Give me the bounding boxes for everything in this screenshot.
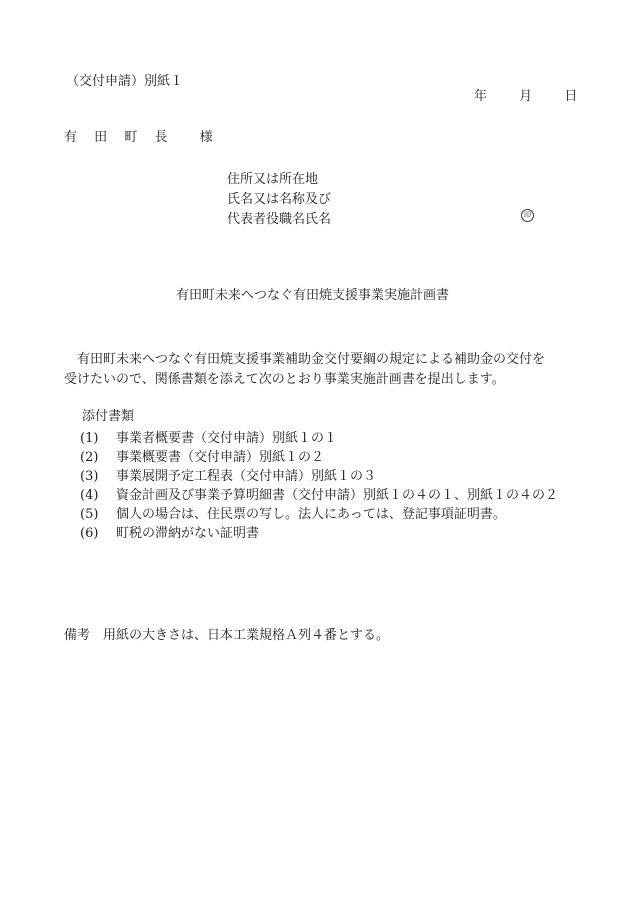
applicant-block: 住所又は所在地 氏名又は名称及び 代表者役職名氏名 xyxy=(227,170,331,230)
date-line: 年 月 日 xyxy=(474,90,577,103)
attachment-text: 事業概要書（交付申請）別紙１の２ xyxy=(116,448,324,467)
addressee-honorific: 様 xyxy=(200,131,213,144)
attachment-text: 事業展開予定工程表（交付申請）別紙１の３ xyxy=(116,467,376,486)
attachment-item: (1) 事業者概要書（交付申請）別紙１の１ xyxy=(80,429,558,448)
attachment-text: 資金計画及び事業予算明細書（交付申請）別紙１の４の１、別紙１の４の２ xyxy=(116,486,558,505)
attachment-item: (4) 資金計画及び事業予算明細書（交付申請）別紙１の４の１、別紙１の４の２ xyxy=(80,486,558,505)
attachment-text: 個人の場合は、住民票の写し。法人にあっては、登記事項証明書。 xyxy=(116,505,506,524)
attachment-text: 町税の滞納がない証明書 xyxy=(116,524,259,543)
body-paragraph: 有田町未来へつなぐ有田焼支援事業補助金交付要綱の規定による補助金の交付を 受けた… xyxy=(64,350,545,390)
representative-label: 代表者役職名氏名 xyxy=(227,210,331,230)
attachment-number: (4) xyxy=(80,486,116,505)
attachment-number: (6) xyxy=(80,524,116,543)
addressee-char: 町 xyxy=(124,131,137,144)
year-label: 年 xyxy=(474,90,487,103)
attachment-item: (6) 町税の滞納がない証明書 xyxy=(80,524,558,543)
body-line: 有田町未来へつなぐ有田焼支援事業補助金交付要綱の規定による補助金の交付を xyxy=(64,350,545,370)
addressee-char: 田 xyxy=(94,131,107,144)
address-label: 住所又は所在地 xyxy=(227,170,331,190)
attachment-number: (1) xyxy=(80,429,116,448)
attachment-item: (5) 個人の場合は、住民票の写し。法人にあっては、登記事項証明書。 xyxy=(80,505,558,524)
addressee-char: 長 xyxy=(154,131,167,144)
attachments-list: (1) 事業者概要書（交付申請）別紙１の１ (2) 事業概要書（交付申請）別紙１… xyxy=(80,429,558,543)
document-title: 有田町未来へつなぐ有田焼支援事業実施計画書 xyxy=(176,289,449,302)
attachments-heading: 添付書類 xyxy=(82,410,134,423)
addressee-char: 有 xyxy=(64,131,77,144)
name-label: 氏名又は名称及び xyxy=(227,190,331,210)
attachment-number: (3) xyxy=(80,467,116,486)
body-line: 受けたいので、関係書類を添えて次のとおり事業実施計画書を提出します。 xyxy=(64,370,545,390)
remarks-note: 備考 用紙の大きさは、日本工業規格Ａ列４番とする。 xyxy=(64,629,389,642)
seal-icon: 印 xyxy=(521,209,534,222)
attachment-item: (3) 事業展開予定工程表（交付申請）別紙１の３ xyxy=(80,467,558,486)
day-label: 日 xyxy=(564,90,577,103)
attachment-text: 事業者概要書（交付申請）別紙１の１ xyxy=(116,429,337,448)
attachment-number: (5) xyxy=(80,505,116,524)
attachment-item: (2) 事業概要書（交付申請）別紙１の２ xyxy=(80,448,558,467)
addressee: 有 田 町 長 様 xyxy=(64,131,213,144)
form-label: （交付申請）別紙１ xyxy=(66,75,183,88)
month-label: 月 xyxy=(519,90,532,103)
attachment-number: (2) xyxy=(80,448,116,467)
